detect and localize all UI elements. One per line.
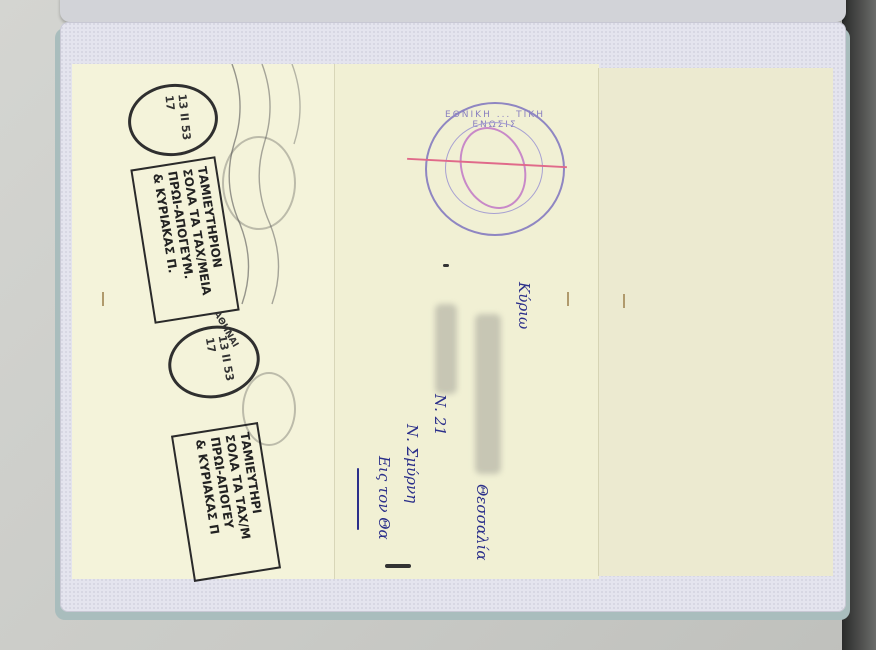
envelope: 13 II 53 17 ΤΑΜΙΕΥΤΗΡΙΟΝ ΣΟΛΑ ΤΑ ΤΑΧ/ΜΕΙ…	[72, 64, 832, 584]
handwritten-region: Θεσσαλία	[473, 484, 491, 560]
envelope-flap-left: 13 II 53 17 ΤΑΜΙΕΥΤΗΡΙΟΝ ΣΟΛΑ ΤΑ ΤΑΧ/ΜΕΙ…	[72, 64, 334, 579]
postmark-date-1: 13 II 53 17	[162, 93, 194, 153]
postmark-circle-1: 13 II 53 17	[124, 79, 221, 160]
fold-mark	[623, 294, 625, 308]
handwritten-city: Ν. Σμύρνη	[403, 424, 421, 503]
fold-mark	[567, 292, 569, 306]
handwritten-note: Εις τον Θα	[375, 456, 393, 540]
redacted-name	[475, 314, 501, 474]
ink-speck	[443, 264, 449, 267]
redacted-street	[435, 304, 457, 394]
fold-mark	[102, 292, 104, 306]
photo-album-sleeve: 13 II 53 17 ΤΑΜΙΕΥΤΗΡΙΟΝ ΣΟΛΑ ΤΑ ΤΑΧ/ΜΕΙ…	[60, 22, 846, 612]
underline-mark	[357, 468, 359, 530]
album-page-above	[60, 0, 846, 22]
ink-speck	[385, 564, 411, 568]
cancellation-waves	[222, 64, 332, 579]
handwritten-addressee: Κύριω	[515, 282, 533, 329]
envelope-flap-right	[598, 68, 833, 576]
envelope-center: ΕΘΝΙΚΗ ... ΤΙΚΗ ΕΝΩΣΙΣ Κύριω Θεσσαλία Ν.…	[334, 64, 599, 579]
handwritten-number: Ν. 21	[431, 394, 449, 436]
